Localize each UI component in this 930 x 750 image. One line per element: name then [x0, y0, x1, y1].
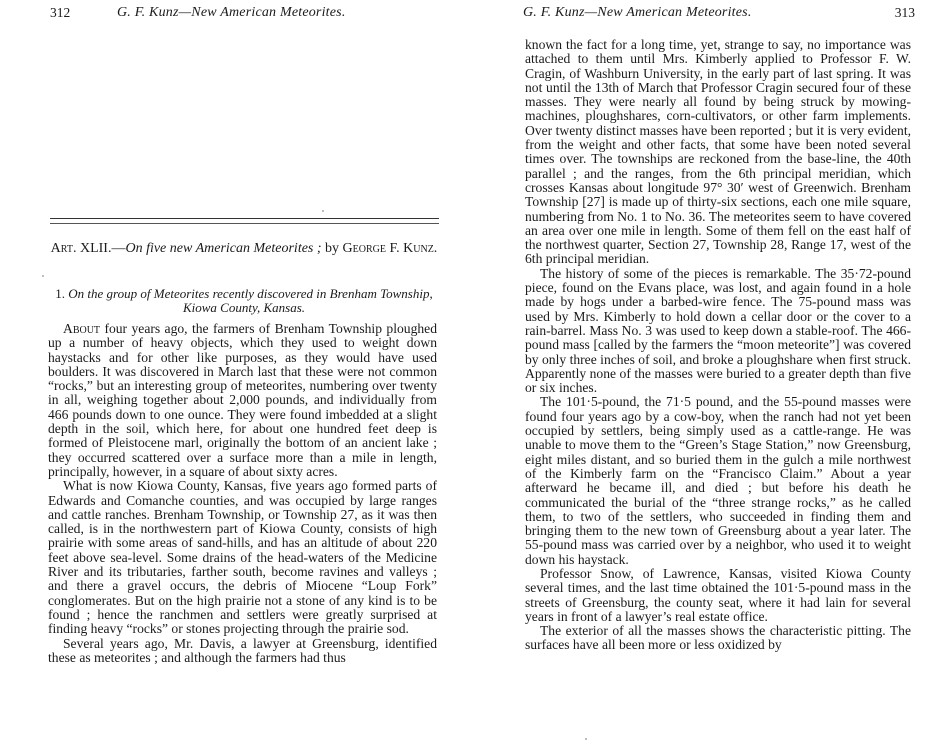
paragraph-continued: known the fact for a long time, yet, str… [525, 38, 911, 267]
page-number-right: 313 [895, 4, 915, 22]
paragraph-lead-word: About [63, 321, 100, 336]
paragraph: Professor Snow, of Lawrence, Kansas, vis… [525, 567, 911, 624]
left-page: 312 G. F. Kunz—New American Meteorites. … [0, 0, 465, 750]
running-title-left: G. F. Kunz—New American Meteorites. [117, 4, 346, 22]
article-label: Art. XLII. [51, 241, 112, 256]
right-page: G. F. Kunz—New American Meteorites. 313 … [465, 0, 930, 750]
running-head-left: 312 G. F. Kunz—New American Meteorites. [50, 4, 445, 22]
right-body-text: known the fact for a long time, yet, str… [525, 38, 911, 653]
section-number: 1. [55, 286, 65, 301]
section-heading: 1. On the group of Meteorites recently d… [48, 287, 440, 315]
article-title: On five new American Meteorites ; [125, 241, 321, 256]
article-author: George F. Kunz. [343, 241, 438, 256]
paragraph-text: four years ago, the farmers of Brenham T… [48, 321, 437, 479]
paper-speck [322, 210, 324, 212]
paragraph: About four years ago, the farmers of Bre… [48, 322, 437, 479]
left-body-text: About four years ago, the farmers of Bre… [48, 322, 437, 665]
page-number-left: 312 [50, 4, 70, 22]
running-head-right: G. F. Kunz—New American Meteorites. 313 [523, 4, 915, 22]
article-by: by [322, 241, 343, 256]
paragraph: What is now Kiowa County, Kansas, five y… [48, 479, 437, 636]
section-title: On the group of Meteorites recently disc… [68, 286, 432, 315]
article-separator-rule [50, 218, 439, 224]
paper-speck [585, 738, 587, 740]
paragraph: The history of some of the pieces is rem… [525, 267, 911, 396]
article-dash: — [111, 241, 125, 256]
paper-speck [42, 275, 44, 277]
paragraph: Several years ago, Mr. Davis, a lawyer a… [48, 637, 437, 666]
article-heading: Art. XLII.—On five new American Meteorit… [48, 241, 440, 256]
paragraph: The 101·5-pound, the 71·5 pound, and the… [525, 395, 911, 567]
paragraph: The exterior of all the masses shows the… [525, 624, 911, 653]
running-title-right: G. F. Kunz—New American Meteorites. [523, 4, 752, 22]
